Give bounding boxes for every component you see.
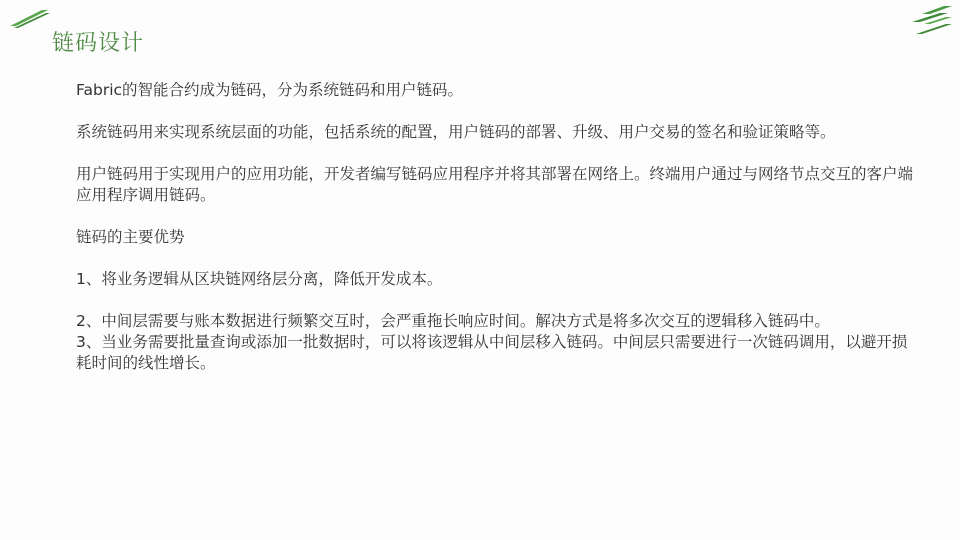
advantage-item-1: 1、将业务逻辑从区块链网络层分离，降低开发成本。 (76, 269, 916, 290)
slide-title: 链码设计 (52, 26, 144, 57)
advantages-heading: 链码的主要优势 (76, 227, 916, 248)
paragraph-intro: Fabric的智能合约成为链码，分为系统链码和用户链码。 (76, 80, 916, 101)
green-stripes-logo-icon (910, 4, 954, 38)
slide-content: Fabric的智能合约成为链码，分为系统链码和用户链码。 系统链码用来实现系统层… (76, 80, 916, 374)
paragraph-system-chaincode: 系统链码用来实现系统层面的功能，包括系统的配置，用户链码的部署、升级、用户交易的… (76, 122, 916, 143)
advantage-item-2: 2、中间层需要与账本数据进行频繁交互时，会严重拖长响应时间。解决方式是将多次交互… (76, 311, 916, 332)
paragraph-user-chaincode: 用户链码用于实现用户的应用功能，开发者编写链码应用程序并将其部署在网络上。终端用… (76, 164, 916, 206)
slide: 链码设计 Fabric的智能合约成为链码，分为系统链码和用户链码。 系统链码用来… (0, 0, 960, 540)
green-stripes-logo-icon (8, 8, 50, 30)
advantage-item-3: 3、当业务需要批量查询或添加一批数据时，可以将该逻辑从中间层移入链码。中间层只需… (76, 332, 916, 374)
